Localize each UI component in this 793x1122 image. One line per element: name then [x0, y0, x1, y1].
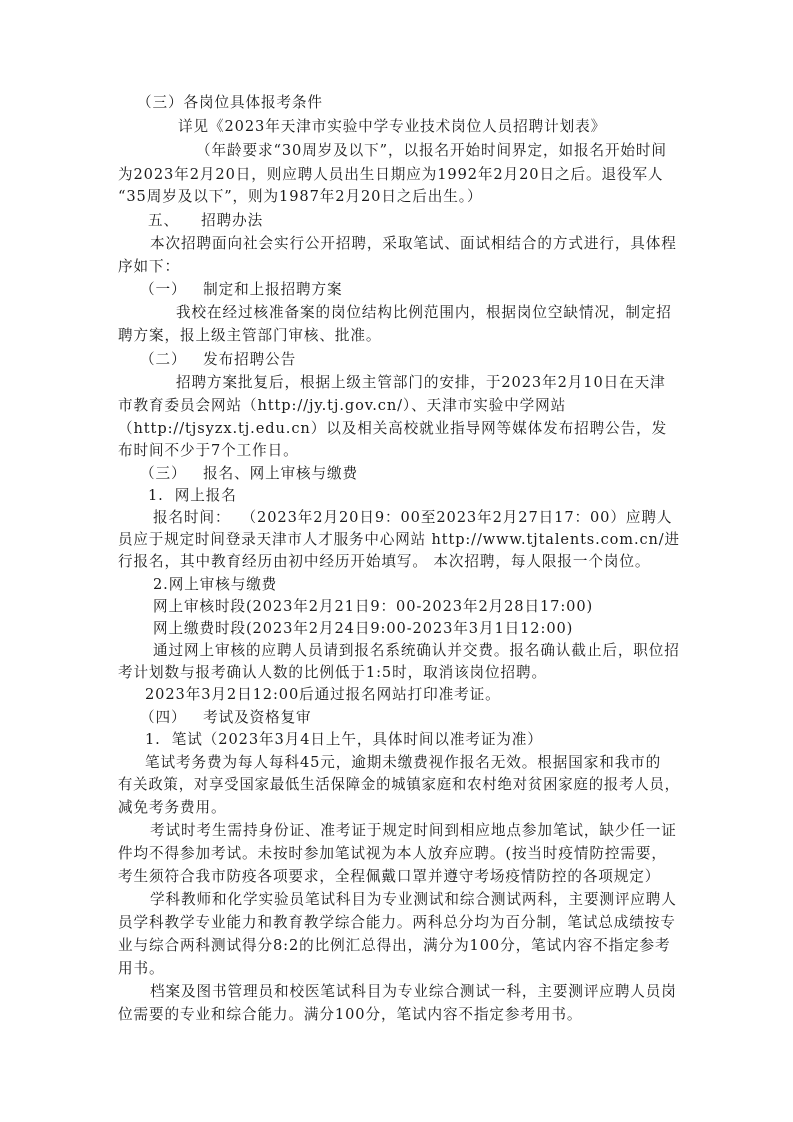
text-line: 考试时考生需持身份证、准考证于规定时间到相应地点参加笔试，缺少任一证: [150, 822, 677, 840]
text-line: 学科教师和化学实验员笔试科目为专业测试和综合测试两科，主要测评应聘人: [150, 891, 677, 909]
text-line: （http://tjsyzx.tj.edu.cn）以及相关高校就业指导网等媒体发…: [118, 420, 667, 438]
text-line: 用书。: [118, 960, 164, 978]
text-line: 减免考务费用。: [118, 799, 226, 817]
text-line: 档案及图书管理员和校医笔试科目为专业综合测试一科，主要测评应聘人员岗: [150, 983, 677, 1001]
text-line: 详见《2023年天津市实验中学专业技术岗位人员招聘计划表》: [178, 118, 606, 136]
text-line: （三） 报名、网上审核与缴费: [140, 465, 358, 483]
text-line: 本次招聘面向社会实行公开招聘，采取笔试、面试相结合的方式进行，具体程: [150, 235, 677, 253]
text-line: 笔试考务费为每人每科45元，逾期未缴费视作报名无效。根据国家和我市的: [145, 754, 661, 772]
text-line: 员学科教学专业能力和教育教学综合能力。两科总分均为百分制，笔试总成绩按专: [118, 914, 676, 932]
text-line: 1. 网上报名: [148, 487, 237, 505]
text-line: 件均不得参加考试。未按时参加笔试视为本人放弃应聘。(按当时疫情防控需要，: [118, 845, 667, 863]
text-line: 1. 笔试（2023年3月4日上午，具体时间以准考证为准）: [145, 731, 543, 749]
text-line: 考生须符合我市防疫各项要求，全程佩戴口罩并遵守考场疫情防控的各项规定）: [118, 868, 660, 886]
text-line: （一） 制定和上报招聘方案: [140, 281, 343, 299]
text-line: 2.网上审核与缴费: [153, 576, 277, 594]
text-line: 考计划数与报考确认人数的比例低于1:5时，取消该岗位招聘。: [118, 664, 547, 682]
text-line: 员应于规定时间登录天津市人才服务中心网站 http://www.tjtalent…: [118, 531, 680, 549]
text-line: 行报名，其中教育经历由初中经历开始填写。 本次招聘，每人限报一个岗位。: [118, 553, 650, 571]
text-line: 序如下：: [118, 258, 180, 276]
text-line: （年龄要求“30周岁及以下”，以报名开始时间界定，如报名开始时间: [196, 142, 667, 160]
text-line: 业与综合两科测试得分8:2的比例汇总得出，满分为100分，笔试内容不指定参考: [118, 937, 671, 955]
text-line: （二） 发布招聘公告: [140, 351, 296, 369]
text-line: 网上审核时段(2023年2月21日9：00-2023年2月28日17:00): [153, 598, 593, 616]
text-line: 通过网上审核的应聘人员请到报名系统确认并交费。报名确认截止后，职位招: [153, 642, 680, 660]
text-line: 报名时间： （2023年2月20日9：00至2023年2月27日17：00）应聘…: [153, 509, 672, 527]
text-line: 为2023年2月20日，则应聘人员出生日期应为1992年2月20日之后。退役军人: [118, 166, 663, 184]
document-page: （三）各岗位具体报考条件详见《2023年天津市实验中学专业技术岗位人员招聘计划表…: [0, 0, 793, 1122]
text-line: （四） 考试及资格复审: [140, 709, 312, 727]
text-line: 招聘方案批复后，根据上级主管部门的安排，于2023年2月10日在天津: [176, 374, 666, 392]
text-line: 布时间不少于7个工作日。: [118, 442, 299, 460]
text-line: “35周岁及以下”，则为1987年2月20日之后出生。）: [118, 188, 482, 206]
text-line: 五、 招聘办法: [148, 212, 263, 230]
text-line: 位需要的专业和综合能力。满分100分，笔试内容不指定参考用书。: [118, 1006, 582, 1024]
text-line: 2023年3月2日12:00后通过报名网站打印准考证。: [145, 686, 501, 704]
text-line: 聘方案，报上级主管部门审核、批准。: [118, 327, 381, 345]
text-line: 网上缴费时段(2023年2月24日9:00-2023年3月1日12:00): [153, 620, 573, 638]
text-line: 有关政策，对享受国家最低生活保障金的城镇家庭和农村绝对贫困家庭的报考人员，: [118, 776, 680, 794]
text-line: （三）各岗位具体报考条件: [137, 94, 323, 112]
text-line: 我校在经过核准备案的岗位结构比例范围内，根据岗位空缺情况，制定招: [176, 304, 672, 322]
text-line: 市教育委员会网站（http://jy.tj.gov.cn/）、天津市实验中学网站: [118, 397, 566, 415]
